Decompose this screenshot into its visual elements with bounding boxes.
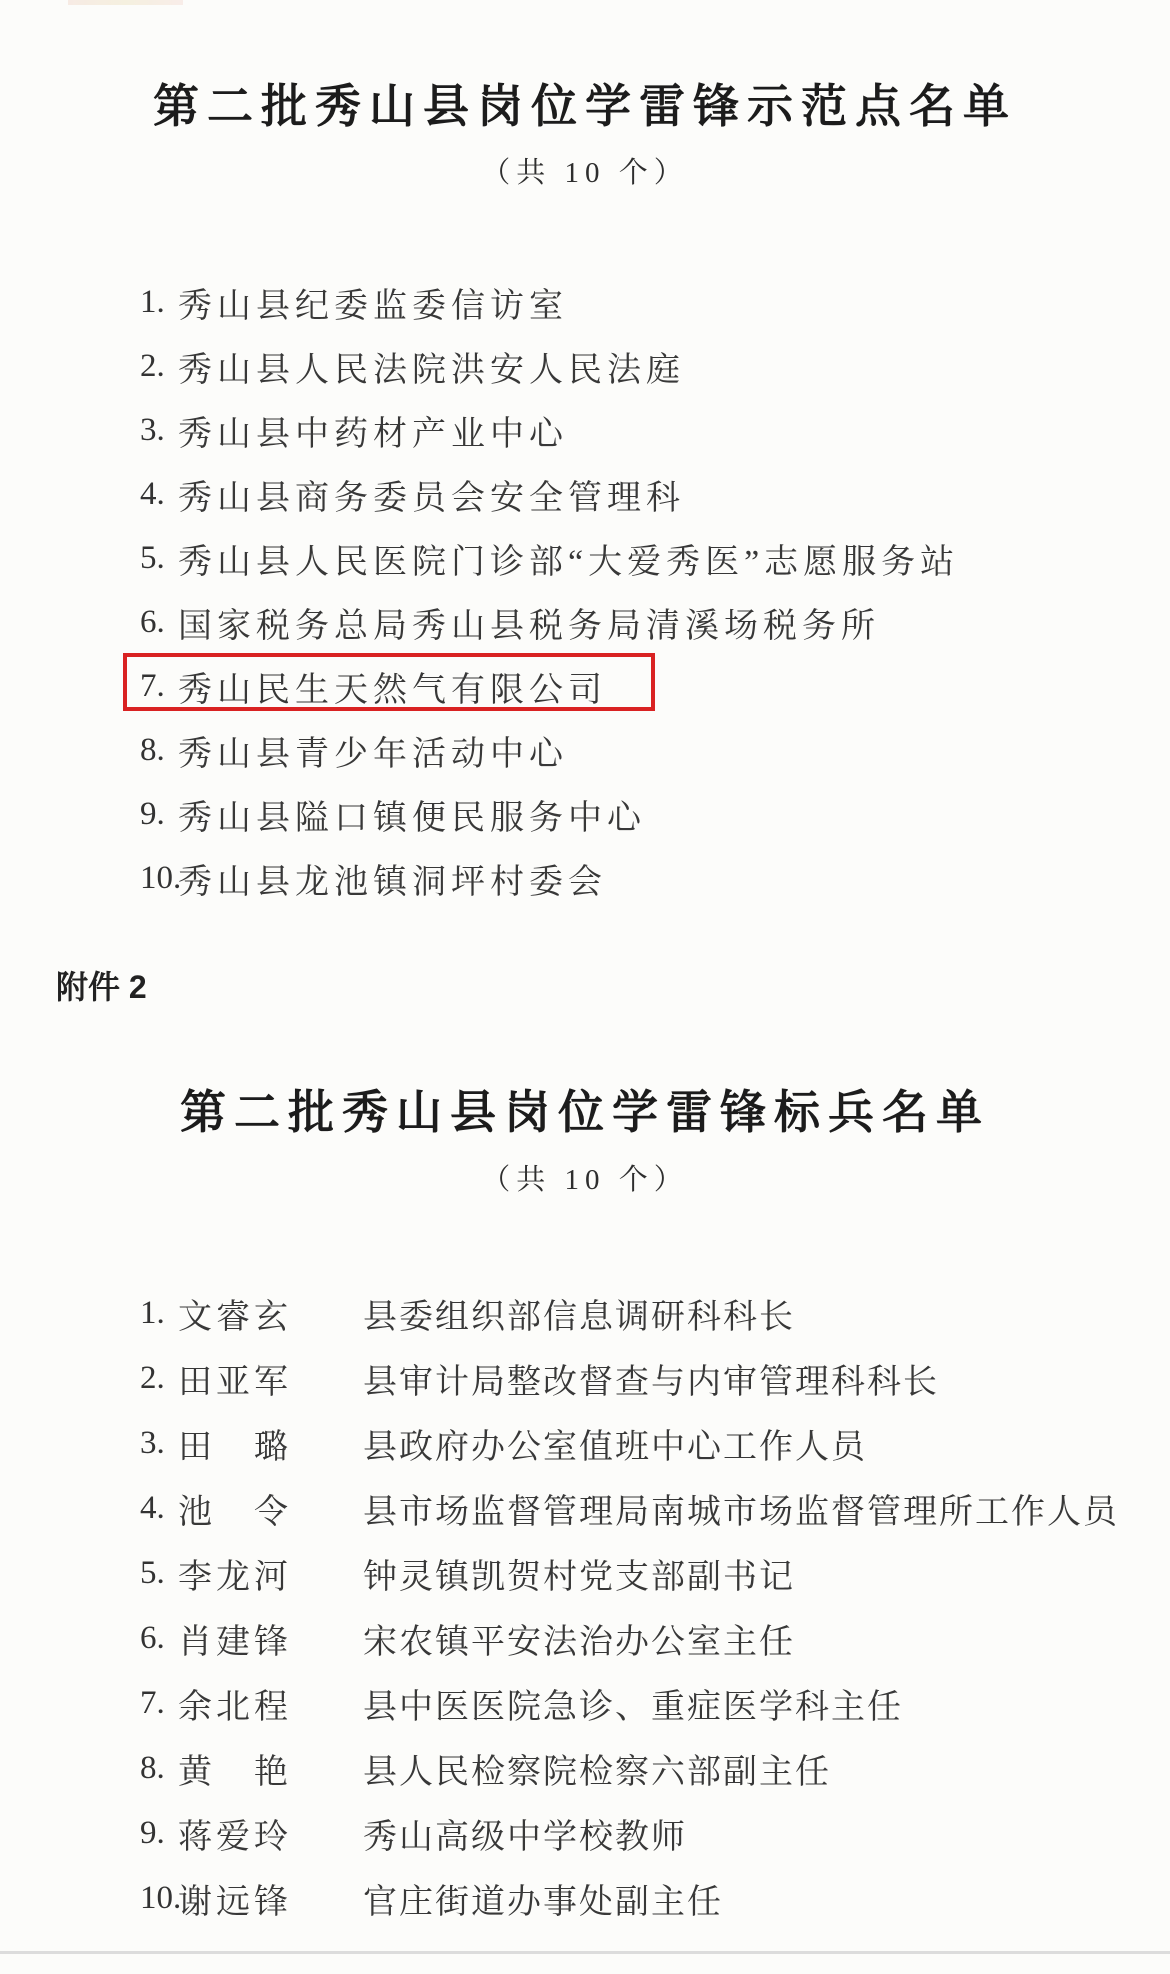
item-role: 钟灵镇凯贺村党支部副书记: [363, 1549, 795, 1598]
list2-subtitle: （共 10 个）: [0, 1163, 1170, 1197]
item-role: 宋农镇平安法治办公室主任: [363, 1614, 795, 1663]
item-num: 5.: [140, 1555, 178, 1592]
item-name: 余北程: [178, 1679, 363, 1728]
item-num: 5.: [140, 540, 178, 577]
demonstration-sites-list: 1.秀山县纪委监委信访室2.秀山县人民法院洪安人民法庭3.秀山县中药材产业中心4…: [0, 270, 1170, 910]
item-role: 县委组织部信息调研科科长: [363, 1289, 795, 1338]
list-item: 10.谢远锋官庄街道办事处副主任: [140, 1866, 1170, 1931]
item-num: 7.: [140, 1685, 178, 1722]
list1-subtitle: （共 10 个）: [0, 156, 1170, 190]
item-role: 县审计局整改督查与内审管理科科长: [363, 1354, 939, 1403]
list-item: 5.李龙河钟灵镇凯贺村党支部副书记: [140, 1541, 1170, 1606]
item-role: 县政府办公室值班中心工作人员: [363, 1419, 867, 1468]
item-num: 10.: [140, 1880, 178, 1917]
item-text: 秀山县龙池镇洞坪村委会: [178, 854, 607, 903]
list-item: 8.黄 艳县人民检察院检察六部副主任: [140, 1736, 1170, 1801]
item-num: 7.: [140, 668, 178, 705]
item-num: 9.: [140, 1815, 178, 1852]
list1-title: 第二批秀山县岗位学雷锋示范点名单: [0, 80, 1170, 132]
list-item: 7.余北程县中医医院急诊、重症医学科主任: [140, 1671, 1170, 1736]
item-role: 县中医医院急诊、重症医学科主任: [363, 1679, 903, 1728]
document-page: 第二批秀山县岗位学雷锋示范点名单 （共 10 个） 1.秀山县纪委监委信访室2.…: [0, 0, 1170, 1974]
item-num: 8.: [140, 1750, 178, 1787]
item-name: 谢远锋: [178, 1874, 363, 1923]
list-item: 8.秀山县青少年活动中心: [140, 718, 1170, 782]
item-num: 1.: [140, 284, 178, 321]
item-name: 肖建锋: [178, 1614, 363, 1663]
item-num: 8.: [140, 732, 178, 769]
item-text: 秀山县隘口镇便民服务中心: [178, 790, 646, 839]
item-role: 县市场监督管理局南城市场监督管理所工作人员: [363, 1484, 1119, 1533]
list-item: 2.秀山县人民法院洪安人民法庭: [140, 334, 1170, 398]
list2-title: 第二批秀山县岗位学雷锋标兵名单: [0, 1086, 1170, 1138]
scan-artifact: [68, 0, 183, 5]
item-num: 10.: [140, 860, 178, 897]
item-name: 李龙河: [178, 1549, 363, 1598]
item-num: 6.: [140, 1620, 178, 1657]
item-text: 秀山县青少年活动中心: [178, 726, 568, 775]
role-models-list: 1.文睿玄县委组织部信息调研科科长2.田亚军县审计局整改督查与内审管理科科长3.…: [0, 1281, 1170, 1931]
item-text: 秀山县纪委监委信访室: [178, 278, 568, 327]
item-num: 4.: [140, 1490, 178, 1527]
item-num: 3.: [140, 412, 178, 449]
item-role: 县人民检察院检察六部副主任: [363, 1744, 831, 1793]
item-num: 6.: [140, 604, 178, 641]
item-text: 秀山县中药材产业中心: [178, 406, 568, 455]
list-item: 3.田 璐县政府办公室值班中心工作人员: [140, 1411, 1170, 1476]
list-item: 6.肖建锋宋农镇平安法治办公室主任: [140, 1606, 1170, 1671]
item-name: 田 璐: [178, 1419, 363, 1468]
item-name: 文睿玄: [178, 1289, 363, 1338]
item-num: 4.: [140, 476, 178, 513]
list-item: 9.蒋爱玲秀山高级中学校教师: [140, 1801, 1170, 1866]
item-text: 国家税务总局秀山县税务局清溪场税务所: [178, 598, 880, 647]
list-item: 7.秀山民生天然气有限公司: [140, 654, 1170, 718]
list-item: 3.秀山县中药材产业中心: [140, 398, 1170, 462]
item-num: 9.: [140, 796, 178, 833]
list-item: 9.秀山县隘口镇便民服务中心: [140, 782, 1170, 846]
list-item: 10.秀山县龙池镇洞坪村委会: [140, 846, 1170, 910]
list-item: 1.文睿玄县委组织部信息调研科科长: [140, 1281, 1170, 1346]
list-item: 5.秀山县人民医院门诊部“大爱秀医”志愿服务站: [140, 526, 1170, 590]
item-name: 田亚军: [178, 1354, 363, 1403]
list-item: 4.池 令县市场监督管理局南城市场监督管理所工作人员: [140, 1476, 1170, 1541]
item-num: 2.: [140, 348, 178, 385]
item-num: 1.: [140, 1295, 178, 1332]
item-name: 蒋爱玲: [178, 1809, 363, 1858]
list-item: 4.秀山县商务委员会安全管理科: [140, 462, 1170, 526]
item-text: 秀山县人民法院洪安人民法庭: [178, 342, 685, 391]
item-text: 秀山县商务委员会安全管理科: [178, 470, 685, 519]
item-role: 秀山高级中学校教师: [363, 1809, 687, 1858]
list-item: 6.国家税务总局秀山县税务局清溪场税务所: [140, 590, 1170, 654]
item-text: 秀山民生天然气有限公司: [178, 662, 607, 711]
item-role: 官庄街道办事处副主任: [363, 1874, 723, 1923]
item-text: 秀山县人民医院门诊部“大爱秀医”志愿服务站: [178, 534, 959, 583]
page-bottom-divider: [0, 1951, 1170, 1954]
item-num: 2.: [140, 1360, 178, 1397]
list-item: 1.秀山县纪委监委信访室: [140, 270, 1170, 334]
item-name: 黄 艳: [178, 1744, 363, 1793]
attachment-label: 附件 2: [56, 967, 1170, 1007]
list-item: 2.田亚军县审计局整改督查与内审管理科科长: [140, 1346, 1170, 1411]
item-name: 池 令: [178, 1484, 363, 1533]
item-num: 3.: [140, 1425, 178, 1462]
